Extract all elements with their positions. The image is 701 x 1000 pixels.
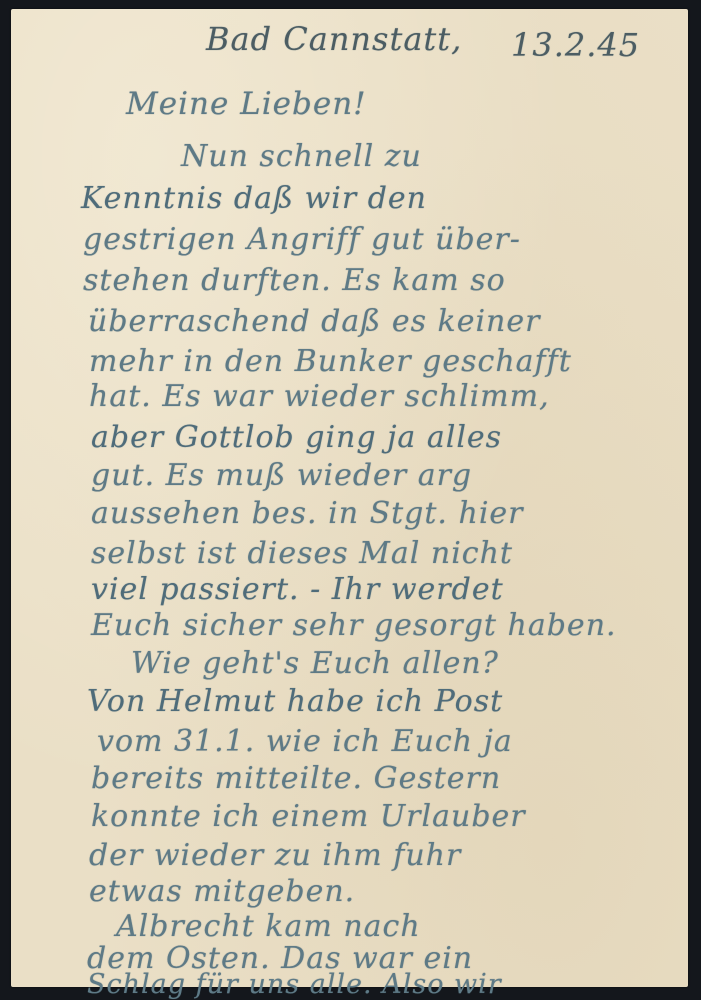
place-heading: Bad Cannstatt, [206, 23, 462, 55]
letter-line: Von Helmut habe ich Post [87, 687, 503, 717]
letter-line: vom 31.1. wie ich Euch ja [97, 727, 513, 757]
letter-line: Euch sicher sehr gesorgt haben. [91, 611, 617, 641]
letter-line: viel passiert. - Ihr werdet [91, 575, 504, 605]
salutation: Meine Lieben! [126, 89, 367, 120]
letter-line: Wie geht's Euch allen? [131, 649, 499, 679]
letter-line: Albrecht kam nach [116, 912, 421, 942]
letter-line: Schlag für uns alle. Also wir [87, 971, 502, 998]
letter-line: Kenntnis daß wir den [81, 184, 427, 214]
letter-line: überraschend daß es keiner [88, 307, 540, 337]
letter-line: etwas mitgeben. [89, 877, 355, 907]
letter-line: gut. Es muß wieder arg [91, 461, 472, 491]
postcard: Bad Cannstatt, 13.2.45 Meine Lieben! Nun… [11, 9, 688, 987]
letter-line: stehen durften. Es kam so [83, 266, 506, 296]
letter-line: hat. Es war wieder schlimm, [89, 382, 550, 412]
letter-line: selbst ist dieses Mal nicht [91, 539, 513, 569]
letter-line: gestrigen Angriff gut über- [83, 225, 521, 255]
letter-line: aber Gottlob ging ja alles [91, 423, 502, 453]
letter-line: bereits mitteilte. Gestern [91, 764, 501, 794]
letter-line: Nun schnell zu [181, 142, 422, 172]
letter-line: der wieder zu ihm fuhr [89, 841, 461, 871]
letter-line: mehr in den Bunker geschafft [89, 347, 572, 377]
letter-line: konnte ich einem Urlauber [91, 802, 526, 832]
letter-line: aussehen bes. in Stgt. hier [91, 499, 524, 529]
date-heading: 13.2.45 [511, 29, 640, 61]
